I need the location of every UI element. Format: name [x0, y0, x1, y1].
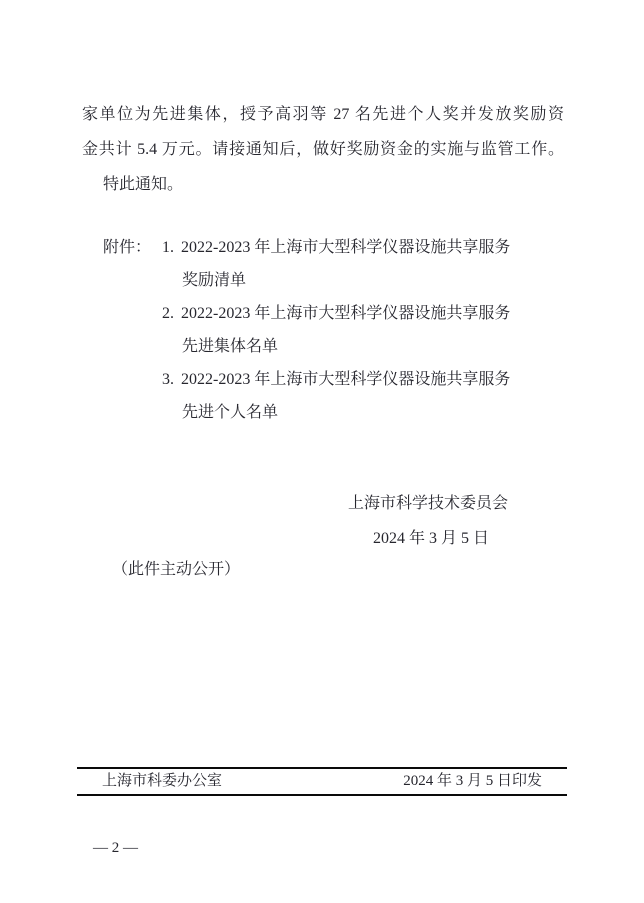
attachment-item: 2.2022-2023 年上海市大型科学仪器设施共享服务 先进集体名单	[103, 297, 573, 363]
notice-closing-line: 特此通知。	[82, 167, 564, 202]
attachment-title: 2022-2023 年上海市大型科学仪器设施共享服务	[181, 371, 510, 388]
attachment-title: 2022-2023 年上海市大型科学仪器设施共享服务	[181, 239, 510, 256]
page-number: — 2 —	[93, 840, 138, 857]
footer-print-date: 2024 年 3 月 5 日印发	[403, 773, 542, 790]
body-paragraph: 家单位为先进集体，授予高羽等 27 名先进个人奖并发放奖励资 金共计 5.4 万…	[82, 97, 564, 202]
attachment-item-line2: 先进个人名单	[103, 396, 573, 429]
attachment-item: 附件：1.2022-2023 年上海市大型科学仪器设施共享服务 奖励清单	[103, 231, 573, 297]
attachments-label: 附件：	[103, 231, 162, 264]
signature-date: 2024 年 3 月 5 日	[373, 530, 489, 548]
signature-organization: 上海市科学技术委员会	[348, 495, 508, 513]
body-line-1: 家单位为先进集体，授予高羽等 27 名先进个人奖并发放奖励资	[82, 97, 564, 132]
attachment-title: 2022-2023 年上海市大型科学仪器设施共享服务	[181, 305, 510, 322]
footer-rule-bottom	[77, 794, 567, 796]
footer-rule-top	[77, 767, 567, 769]
attachment-item-line1: 2.2022-2023 年上海市大型科学仪器设施共享服务	[103, 297, 573, 330]
attachment-number: 2.	[162, 305, 174, 322]
footer-issuing-office: 上海市科委办公室	[102, 773, 222, 790]
attachment-list: 附件：1.2022-2023 年上海市大型科学仪器设施共享服务 奖励清单 2.2…	[103, 231, 573, 429]
attachment-item-line2: 先进集体名单	[103, 330, 573, 363]
attachment-item-line1: 附件：1.2022-2023 年上海市大型科学仪器设施共享服务	[103, 231, 573, 264]
attachment-number: 3.	[162, 371, 174, 388]
attachment-number: 1.	[162, 239, 174, 256]
attachment-item-line1: 3.2022-2023 年上海市大型科学仪器设施共享服务	[103, 363, 573, 396]
attachment-item-line2: 奖励清单	[103, 264, 573, 297]
body-line-2: 金共计 5.4 万元。请接通知后，做好奖励资金的实施与监管工作。	[82, 132, 564, 167]
disclosure-note: （此件主动公开）	[112, 561, 240, 579]
document-page: 家单位为先进集体，授予高羽等 27 名先进个人奖并发放奖励资 金共计 5.4 万…	[0, 0, 644, 903]
attachment-item: 3.2022-2023 年上海市大型科学仪器设施共享服务 先进个人名单	[103, 363, 573, 429]
